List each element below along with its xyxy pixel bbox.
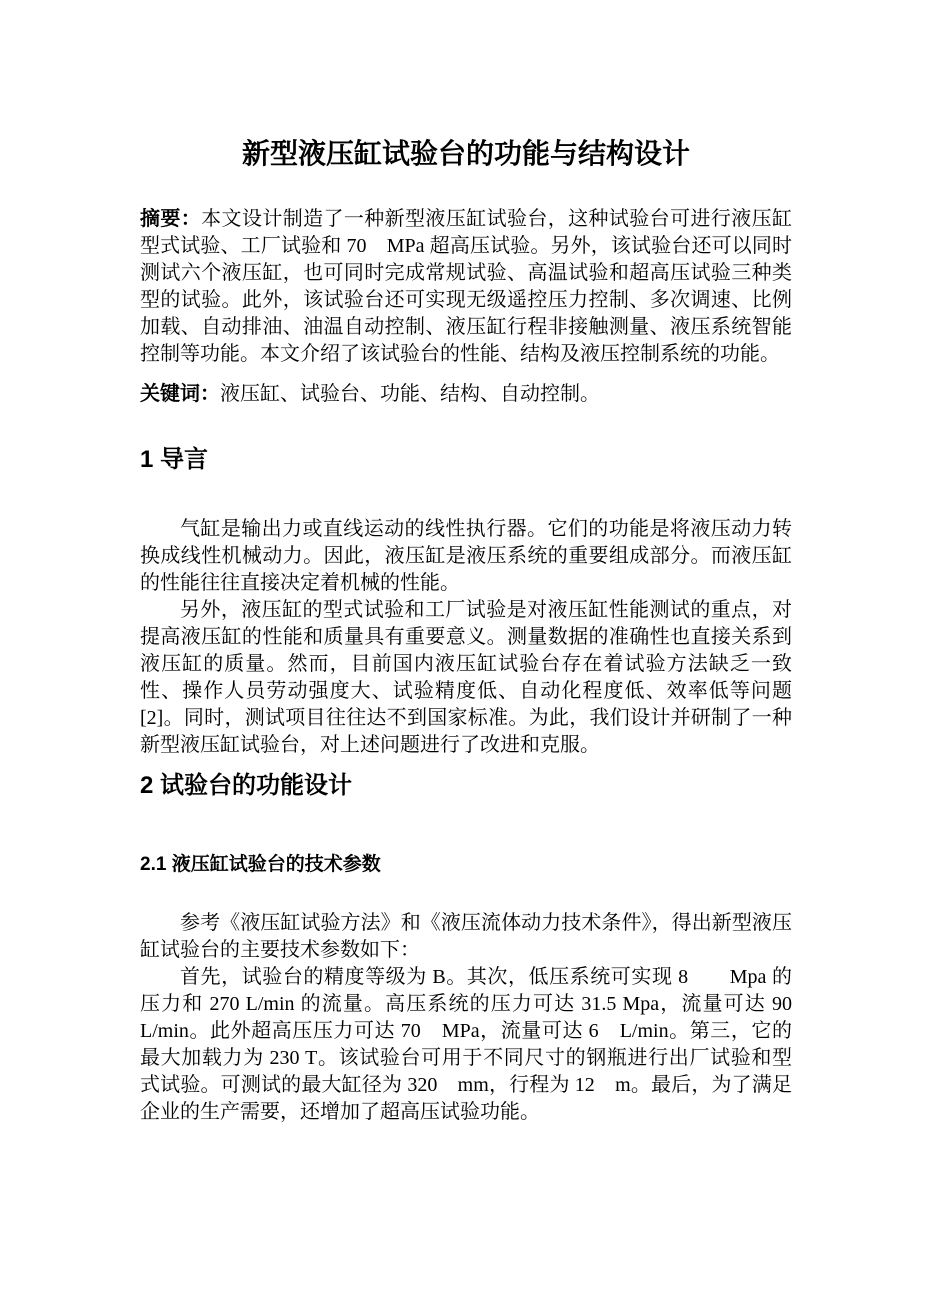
section-1-paragraph-2: 另外，液压缸的型式试验和工厂试验是对液压缸性能测试的重点，对提高液压缸的性能和质…	[140, 597, 792, 759]
subsection-2-1-heading: 2.1 液压缸试验台的技术参数	[140, 853, 792, 877]
section-1-heading: 1 导言	[140, 445, 792, 475]
abstract-label: 摘要：	[140, 208, 201, 230]
abstract-text: 本文设计制造了一种新型液压缸试验台，这种试验台可进行液压缸型式试验、工厂试验和 …	[140, 208, 792, 365]
document-page: 新型液压缸试验台的功能与结构设计 摘要：本文设计制造了一种新型液压缸试验台，这种…	[140, 0, 792, 1246]
subsection-2-1-paragraph-2: 首先，试验台的精度等级为 B。其次，低压系统可实现 8 Mpa 的压力和 270…	[140, 964, 792, 1126]
keywords-label: 关键词：	[140, 383, 220, 405]
page-title: 新型液压缸试验台的功能与结构设计	[140, 136, 792, 172]
subsection-2-1-paragraph-1: 参考《液压缸试验方法》和《液压流体动力技术条件》，得出新型液压缸试验台的主要技术…	[140, 910, 792, 964]
section-2-heading: 2 试验台的功能设计	[140, 771, 792, 801]
section-1-paragraph-1: 气缸是输出力或直线运动的线性执行器。它们的功能是将液压动力转换成线性机械动力。因…	[140, 516, 792, 597]
keywords-paragraph: 关键词：液压缸、试验台、功能、结构、自动控制。	[140, 381, 792, 408]
keywords-text: 液压缸、试验台、功能、结构、自动控制。	[220, 383, 600, 405]
abstract-paragraph: 摘要：本文设计制造了一种新型液压缸试验台，这种试验台可进行液压缸型式试验、工厂试…	[140, 206, 792, 368]
